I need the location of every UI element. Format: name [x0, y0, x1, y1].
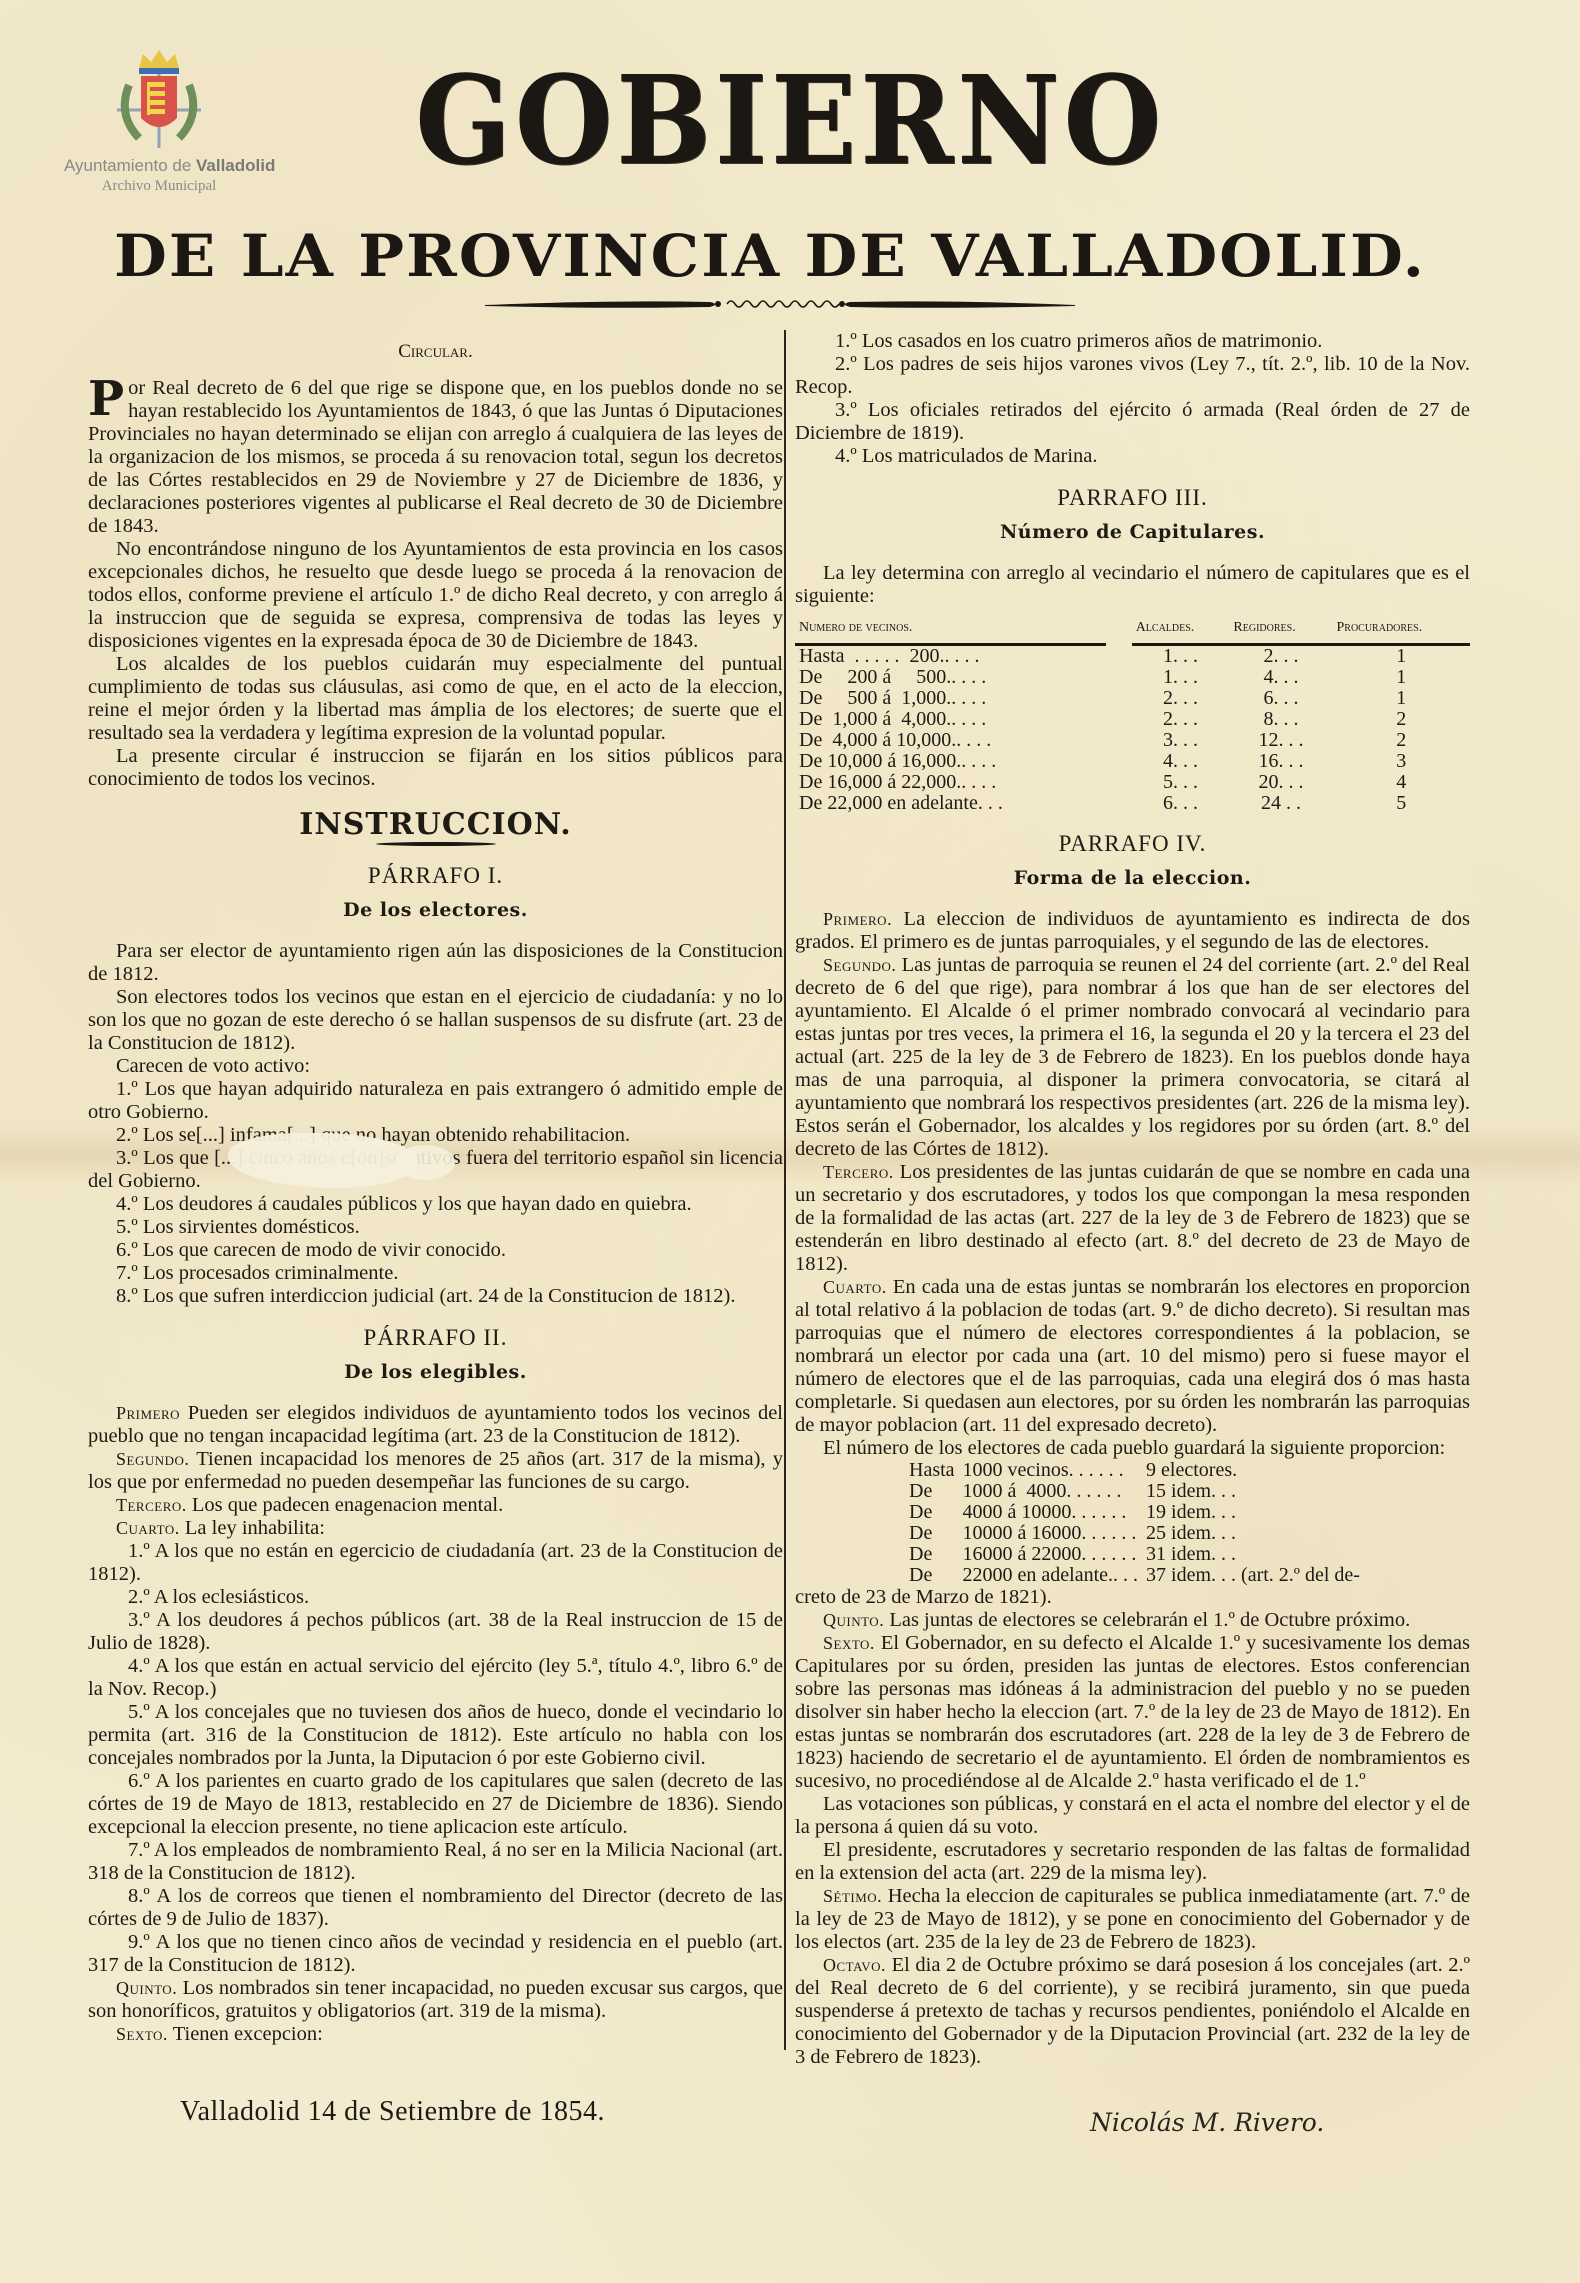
right-column: 1.º Los casados en los cuatro primeros a…: [795, 330, 1470, 2069]
parrafo-1-label: PÁRRAFO I.: [88, 864, 783, 887]
column-header: Procuradores.: [1332, 616, 1470, 645]
eleccion-sexto: Sexto. El Gobernador, en su defecto el A…: [795, 1632, 1470, 1793]
parrafo-1-text-3: Carecen de voto activo:: [88, 1055, 783, 1078]
list-item: 7.º Los procesados criminalmente.: [88, 1262, 783, 1285]
elegibles-segundo: Segundo. Tienen incapacidad los menores …: [88, 1448, 783, 1494]
table-row: De 16,000 á 22,000.. . . .5. . .20. . .4: [795, 772, 1470, 793]
column-divider: [784, 330, 786, 2050]
parrafo-2-title: De los elegibles.: [88, 1361, 783, 1384]
signature: Nicolás M. Rivero.: [1090, 2108, 1324, 2137]
parrafo-4-title: Forma de la eleccion.: [795, 867, 1470, 890]
eleccion-segundo: Segundo. Las juntas de parroquia se reun…: [795, 954, 1470, 1161]
table-row: De4000 á 10000. . . . . .19 idem. . .: [905, 1502, 1364, 1523]
list-item: 6.º Los que carecen de modo de vivir con…: [88, 1239, 783, 1262]
table-row: De 10,000 á 16,000.. . . .4. . .16. . .3: [795, 751, 1470, 772]
electores-intro: El número de los electores de cada puebl…: [795, 1437, 1470, 1460]
circular-paragraph-4: La presente circular é instruccion se fi…: [88, 745, 783, 791]
eleccion-quinto: Quinto. Las juntas de electores se celeb…: [795, 1609, 1470, 1632]
table-row: De1000 á 4000. . . . . .15 idem. . .: [905, 1481, 1364, 1502]
list-item: 6.º A los parientes en cuarto grado de l…: [88, 1770, 783, 1839]
table-row: De10000 á 16000. . . . . .25 idem. . .: [905, 1523, 1364, 1544]
electores-after: creto de 23 de Marzo de 1821).: [795, 1586, 1470, 1609]
circular-heading: Circular.: [88, 340, 783, 363]
list-item: 5.º Los sirvientes domésticos.: [88, 1216, 783, 1239]
table-row: De 200 á 500.. . . .1. . .4. . .1: [795, 667, 1470, 688]
capitulares-intro: La ley determina con arreglo al vecindar…: [795, 562, 1470, 608]
list-item: 3.º Los oficiales retirados del ejército…: [795, 399, 1470, 445]
section-divider: [376, 842, 496, 846]
eleccion-octavo: Octavo. El dia 2 de Octubre próximo se d…: [795, 1954, 1470, 2069]
list-item: 2.º Los padres de seis hijos varones viv…: [795, 353, 1470, 399]
list-item: 2.º A los eclesiásticos.: [88, 1586, 783, 1609]
table-row: De 22,000 en adelante. . .6. . .24 . .5: [795, 793, 1470, 814]
list-item: 8.º A los de correos que tienen el nombr…: [88, 1885, 783, 1931]
electores-table: Hasta1000 vecinos. . . . . .9 electores.…: [905, 1460, 1364, 1586]
list-item: 1.º A los que no están en egercicio de c…: [88, 1540, 783, 1586]
circular-paragraph-2: No encontrándose ninguno de los Ayuntami…: [88, 538, 783, 653]
instruccion-heading: INSTRUCCION.: [88, 813, 783, 836]
list-item: 4.º Los matriculados de Marina.: [795, 445, 1470, 468]
list-item: 9.º A los que no tienen cinco años de ve…: [88, 1931, 783, 1977]
elegibles-primero: Primero Pueden ser elegidos individuos d…: [88, 1402, 783, 1448]
list-item: 4.º Los deudores á caudales públicos y l…: [88, 1193, 783, 1216]
eleccion-cuarto: Cuarto. En cada una de estas juntas se n…: [795, 1276, 1470, 1437]
table-row: De 4,000 á 10,000.. . . .3. . .12. . .2: [795, 730, 1470, 751]
page-subtitle: DE LA PROVINCIA DE VALLADOLID.: [88, 222, 1453, 290]
table-row: De16000 á 22000. . . . . .31 idem. . .: [905, 1544, 1364, 1565]
list-item: 8.º Los que sufren interdiccion judicial…: [88, 1285, 783, 1308]
column-header: Alcaldes.: [1132, 616, 1230, 645]
parrafo-1-title: De los electores.: [88, 899, 783, 922]
left-column: Circular. Por Real decreto de 6 del que …: [88, 330, 783, 2046]
circular-paragraph-1: Por Real decreto de 6 del que rige se di…: [88, 377, 783, 538]
table-row: Hasta1000 vecinos. . . . . .9 electores.: [905, 1460, 1364, 1481]
capitulares-table: Numero de vecinos. Alcaldes. Regidores. …: [795, 616, 1470, 814]
list-item: 2.º Los se[...] infama[...] que no hayan…: [88, 1124, 783, 1147]
elegibles-cuarto: Cuarto. La ley inhabilita:: [88, 1517, 783, 1540]
title-ornament-divider: [485, 296, 1075, 312]
parrafo-4-label: PARRAFO IV.: [795, 832, 1470, 855]
eleccion-setimo: Sétimo. Hecha la eleccion de capiturales…: [795, 1885, 1470, 1954]
table-row: De 1,000 á 4,000.. . . .2. . .8. . .2: [795, 709, 1470, 730]
elegibles-quinto: Quinto. Los nombrados sin tener incapaci…: [88, 1977, 783, 2023]
drop-cap: P: [88, 379, 124, 419]
eleccion-tercero: Tercero. Los presidentes de las juntas c…: [795, 1161, 1470, 1276]
paper-damage-patch: [395, 1145, 455, 1180]
list-item: 5.º A los concejales que no tuviesen dos…: [88, 1701, 783, 1770]
parrafo-1-text-2: Son electores todos los vecinos que esta…: [88, 986, 783, 1055]
parrafo-1-text-1: Para ser elector de ayuntamiento rigen a…: [88, 940, 783, 986]
elegibles-sexto: Sexto. Tienen excepcion:: [88, 2023, 783, 2046]
list-item: 3.º A los deudores á pechos públicos (ar…: [88, 1609, 783, 1655]
table-row: Hasta . . . . . 200.. . . .1. . .2. . .1: [795, 645, 1470, 668]
eleccion-primero: Primero. La eleccion de individuos de ay…: [795, 908, 1470, 954]
parrafo-3-title: Número de Capitulares.: [795, 521, 1470, 544]
list-item: 4.º A los que están en actual servicio d…: [88, 1655, 783, 1701]
circular-paragraph-3: Los alcaldes de los pueblos cuidarán muy…: [88, 653, 783, 745]
list-item: 7.º A los empleados de nombramiento Real…: [88, 1839, 783, 1885]
column-header: Numero de vecinos.: [795, 616, 1106, 645]
parrafo-3-label: PARRAFO III.: [795, 486, 1470, 509]
table-row: De22000 en adelante.. . .37 idem. . . (a…: [905, 1565, 1364, 1586]
table-row: De 500 á 1,000.. . . .2. . .6. . .1: [795, 688, 1470, 709]
list-item: 1.º Los casados en los cuatro primeros a…: [795, 330, 1470, 353]
page-title: GOBIERNO: [63, 48, 1517, 192]
eleccion-presidente: El presidente, escrutadores y secretario…: [795, 1839, 1470, 1885]
parrafo-2-label: PÁRRAFO II.: [88, 1326, 783, 1349]
elegibles-tercero: Tercero. Los que padecen enagenacion men…: [88, 1494, 783, 1517]
column-header: Regidores.: [1229, 616, 1332, 645]
document-date: Valladolid 14 de Setiembre de 1854.: [180, 2096, 605, 2128]
eleccion-votaciones: Las votaciones son públicas, y constará …: [795, 1793, 1470, 1839]
document-page: Ayuntamiento de Valladolid Archivo Munic…: [0, 0, 1580, 2283]
list-item: 1.º Los que hayan adquirido naturaleza e…: [88, 1078, 783, 1124]
